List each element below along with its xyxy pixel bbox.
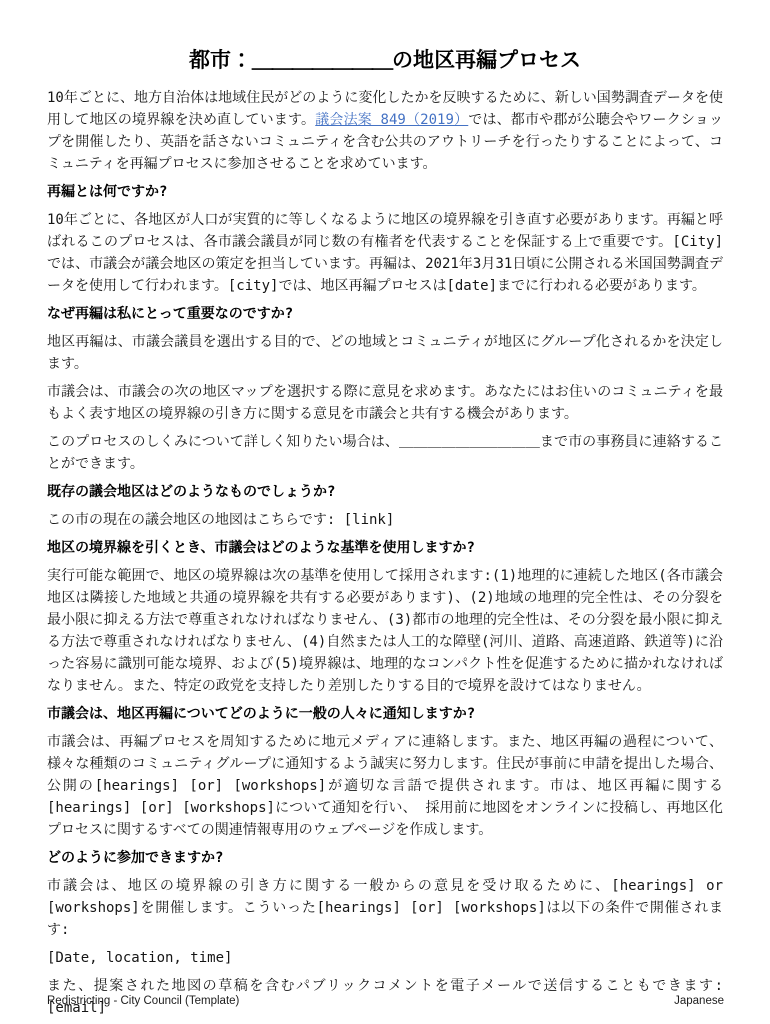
heading-criteria: 地区の境界線を引くとき、市議会はどのような基準を使用しますか? xyxy=(47,537,723,559)
heading-existing-districts: 既存の議会地区はどのようなものでしょうか? xyxy=(47,481,723,503)
footer-document-name: Redistricting - City Council (Template) xyxy=(47,994,239,1008)
paragraph-public-notice: 市議会は、再編プロセスを周知するために地元メディアに連絡します。また、地区再編の… xyxy=(47,731,723,841)
paragraph-why-important-1: 地区再編は、市議会議員を選出する目的で、どの地域とコミュニティが地区にグループ化… xyxy=(47,331,723,375)
paragraph-what-is-redistricting: 10年ごとに、各地区が人口が実質的に等しくなるように地区の境界線を引き直す必要が… xyxy=(47,209,723,297)
title-prefix: 都市： xyxy=(189,48,252,72)
paragraph-criteria: 実行可能な範囲で、地区の境界線は次の基準を使用して採用されます:(1)地理的に連… xyxy=(47,565,723,697)
page-footer: Redistricting - City Council (Template) … xyxy=(47,994,724,1008)
paragraph-date-location-time: [Date, location, time] xyxy=(47,947,723,969)
heading-how-to-participate: どのように参加できますか? xyxy=(47,847,723,869)
document-page: 都市：＿＿＿＿＿＿＿の地区再編プロセス 10年ごとに、地方自治体は地域住民がどの… xyxy=(0,0,770,1024)
assembly-bill-849-link[interactable]: 議会法案 849（2019） xyxy=(315,112,468,128)
title-blank-line: ＿＿＿＿＿＿＿ xyxy=(252,48,392,72)
heading-why-important: なぜ再編は私にとって重要なのですか? xyxy=(47,303,723,325)
paragraph-contact-clerk: このプロセスのしくみについて詳しく知りたい場合は、＿＿＿＿＿＿＿＿＿＿まで市の事… xyxy=(47,431,723,475)
page-title: 都市：＿＿＿＿＿＿＿の地区再編プロセス xyxy=(47,46,723,74)
paragraph-existing-districts-map: この市の現在の議会地区の地図はこちらです: [link] xyxy=(47,509,723,531)
paragraph-why-important-2: 市議会は、市議会の次の地区マップを選択する際に意見を求めます。あなたにはお住いの… xyxy=(47,381,723,425)
title-suffix: の地区再編プロセス xyxy=(392,48,581,72)
heading-public-notice: 市議会は、地区再編についてどのように一般の人々に通知しますか? xyxy=(47,703,723,725)
heading-what-is-redistricting: 再編とは何ですか? xyxy=(47,181,723,203)
footer-language-label: Japanese xyxy=(674,994,724,1008)
intro-paragraph: 10年ごとに、地方自治体は地域住民がどのように変化したかを反映するために、新しい… xyxy=(47,87,723,175)
paragraph-how-to-participate: 市議会は、地区の境界線の引き方に関する一般からの意見を受け取るために、[hear… xyxy=(47,875,723,941)
